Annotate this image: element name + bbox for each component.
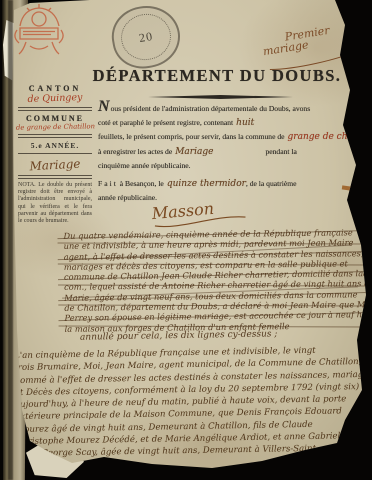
preamble-text: à enregistrer les actes de	[98, 147, 172, 156]
margin-rule	[18, 175, 92, 179]
margin-rule	[18, 153, 92, 154]
preamble-text: pendant la	[265, 147, 296, 156]
title-divider	[148, 95, 293, 99]
preamble-line: coté et paraphé le présent registre, con…	[98, 116, 360, 130]
document-sheet: 20 Premier mariage DÉPARTEMENT DU DOUBS.…	[0, 0, 372, 480]
preamble-text: feuillets, le présent compris, pour serv…	[98, 132, 285, 141]
commune-value: de grange de Chatillon	[16, 122, 94, 131]
handwritten-fill-sheets: huit	[236, 118, 254, 128]
postmark-stamp-icon: 20	[107, 1, 185, 74]
preamble-text: ous président de l'administration départ…	[111, 104, 311, 113]
scanned-register-page: 20 Premier mariage DÉPARTEMENT DU DOUBS.…	[0, 0, 372, 480]
binding-crease	[8, 0, 13, 480]
handwritten-struck-section: Du quatre vendémiaire, cinquième année d…	[63, 227, 366, 334]
act-type-value: Mariage	[16, 156, 95, 174]
fait-text: année républicaine.	[98, 193, 157, 202]
postmark-value: 20	[138, 28, 154, 45]
handwritten-fill-commune: grange de chatillon	[288, 132, 372, 142]
margin-rule	[18, 134, 92, 138]
preamble-text: coté et paraphé le présent registre, con…	[98, 118, 233, 127]
nota-text: NOTA. Le double du présent registre doit…	[16, 182, 94, 225]
preamble-line: cinquième année républicaine.	[98, 159, 360, 173]
handwritten-fill-date: quinze thermidor	[167, 179, 246, 189]
postmark-inner-ring: 20	[117, 10, 174, 64]
preamble-line: à enregistrer les actes deMariagependant…	[98, 145, 360, 159]
revenue-stamp-icon	[6, 2, 68, 72]
printed-preamble: Nous président de l'administration dépar…	[98, 100, 360, 205]
drop-initial: N	[98, 98, 110, 115]
annulment-note: annullé pour cela, les dix lignes cy-des…	[80, 329, 278, 342]
preamble-line: Nous président de l'administration dépar…	[98, 100, 360, 116]
page-title: DÉPARTEMENT DU DOUBS.	[80, 66, 354, 86]
handwritten-act-section: L'an cinquième de la République français…	[14, 344, 366, 461]
fait-text: à Besançon, le	[120, 179, 164, 188]
margin-rule	[18, 107, 92, 111]
fait-word: Fait	[98, 179, 118, 188]
margin-column: CANTON de Quingey COMMUNE de grange de C…	[16, 84, 94, 225]
preamble-text: cinquième année républicaine.	[98, 161, 191, 170]
year-label: 5.e ANNÉE.	[16, 141, 94, 150]
fait-text: , de la quatrième	[246, 179, 297, 188]
fait-line: Fait à Besançon, lequinze thermidor, de …	[98, 177, 360, 191]
canton-value: de Quingey	[16, 92, 94, 106]
handwritten-fill-act: Mariage	[175, 147, 213, 157]
preamble-line: feuillets, le présent compris, pour serv…	[98, 130, 360, 144]
